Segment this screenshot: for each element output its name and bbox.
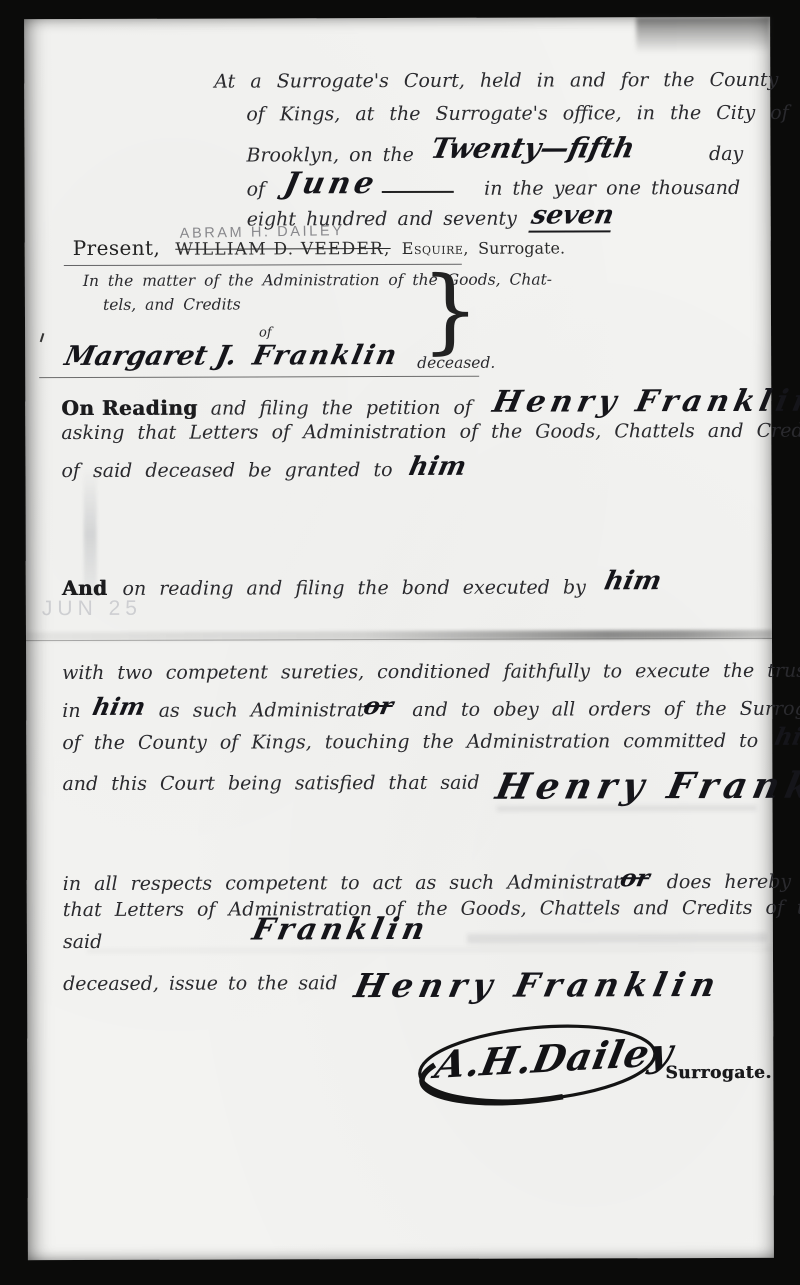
surrogate-title-label: Surrogate. (665, 1063, 771, 1083)
sureties-line-4: and this Court being satisfied that said… (62, 754, 800, 799)
sureties-line-3-printed: of the County of Kings, touching the Adm… (62, 730, 758, 754)
order-line-4: deceased, issue to the said Henry Frankl… (63, 957, 721, 998)
month-handwritten: June (280, 166, 458, 202)
heading-line-2: of Kings, at the Surrogate's office, in … (246, 102, 788, 126)
reading-line-3-printed: of said deceased be granted to (61, 459, 392, 482)
decedent-last-name: Franklin (253, 340, 398, 371)
administrator-suffix-handwritten: or (361, 691, 396, 720)
heading-line-3-printed: Brooklyn, on the (246, 144, 413, 167)
order-surname: Franklin (253, 912, 428, 948)
caption-of-label: of (259, 325, 272, 340)
day-of-month-handwritten: Twenty—fifth (428, 131, 638, 165)
sureties-line-4-printed: and this Court being satisfied that said (62, 772, 479, 795)
order-line-1-printed: in all respects competent to act as such… (63, 871, 621, 895)
petitioner-name-handwritten: Henry Franklin (489, 384, 800, 420)
bond-line-printed: on reading and filing the bond executed … (122, 576, 585, 599)
granted-to-handwritten: him (407, 452, 470, 482)
corner-shadow (636, 17, 770, 53)
caption-line-1: In the matter of the Administration of t… (83, 271, 552, 290)
bleed-streak (497, 805, 757, 812)
on-reading-lead: On Reading (61, 396, 197, 420)
decedent-first-name: Margaret J. (65, 341, 236, 373)
present-label: Present, (73, 236, 161, 260)
faint-crease (87, 947, 773, 953)
surrogate-signature: A.H.Dailey (409, 1013, 675, 1118)
order-line-1: in all respects competent to act as such… (63, 865, 800, 896)
rule-under-caption (39, 376, 479, 378)
satisfied-name-handwritten: Henry Franklin (492, 764, 800, 807)
order-grantee-handwritten: Henry Franklin (351, 965, 725, 1005)
scan-mark (40, 333, 45, 342)
decedent-last-name-handwritten: Franklin (250, 340, 401, 371)
sureties-line-2-post: and to obey all orders of the Surrogate (412, 698, 800, 721)
present-line: Present, ABRAM H. DAILEY WILLIAM D. VEED… (73, 234, 565, 260)
sureties-line-2-mid: as such Administrat (159, 699, 365, 722)
order-said-label: said (63, 931, 102, 953)
bond-line: And on reading and filing the bond execu… (62, 570, 661, 602)
sureties-line-2-in: in (62, 700, 80, 722)
heading-line-4-printed: in the year one thousand (484, 177, 740, 200)
and-lead: And (62, 576, 108, 600)
scanned-court-document: JUN 25 At a Surrogate's Court, held in a… (0, 0, 800, 1285)
sureties-him-2-handwritten: him (772, 722, 800, 751)
caption-brace: } (421, 258, 480, 364)
struck-surrogate-name: WILLIAM D. VEEDER, (175, 239, 390, 260)
heading-line-3: Brooklyn, on the Twenty—fifth day (246, 134, 743, 169)
order-line-1-post: does hereby order (667, 871, 800, 894)
paper-sheet: JUN 25 At a Surrogate's Court, held in a… (24, 17, 774, 1260)
order-administrator-suffix-handwritten: or (618, 863, 653, 892)
reading-paragraph-line-3: of said deceased be granted to him (61, 453, 466, 484)
sureties-line-3: of the County of Kings, touching the Adm… (62, 724, 800, 755)
order-surname-handwritten: Franklin (249, 912, 432, 948)
sureties-him-1-handwritten: him (91, 692, 149, 721)
heading-line-1: At a Surrogate's Court, held in and for … (214, 69, 778, 93)
caption-line-2: tels, and Credits (103, 295, 241, 313)
sureties-line-1: with two competent sureties, conditioned… (62, 659, 800, 684)
heading-line-3-day-label: day (709, 143, 743, 165)
year-handwritten: seven (529, 200, 617, 232)
esquire-label: Esquire, (402, 239, 469, 258)
bleed-streak (467, 933, 767, 944)
order-line-4-printed: deceased, issue to the said (63, 972, 338, 995)
stamped-surrogate-name: ABRAM H. DAILEY (179, 223, 344, 242)
reading-paragraph-line-1: On Reading and filing the petition of He… (61, 386, 800, 423)
deceased-label: deceased. (417, 354, 495, 372)
rule-under-present (64, 264, 462, 266)
heading-line-4-of: of (247, 178, 266, 200)
surrogate-label: Surrogate. (478, 238, 565, 257)
brace-glyph: } (421, 257, 480, 364)
order-line-2: that Letters of Administration of the Go… (63, 897, 800, 921)
reading-paragraph-line-2: asking that Letters of Administration of… (61, 420, 800, 444)
sureties-line-2: in him as such Administrator and to obey… (62, 692, 800, 723)
heading-line-4: of June in the year one thousand (247, 167, 741, 204)
decedent-first-name-handwritten: Margaret J. (62, 340, 240, 372)
reading-line-1-printed: and filing the petition of (211, 397, 472, 420)
bond-handwritten: him (602, 566, 665, 596)
